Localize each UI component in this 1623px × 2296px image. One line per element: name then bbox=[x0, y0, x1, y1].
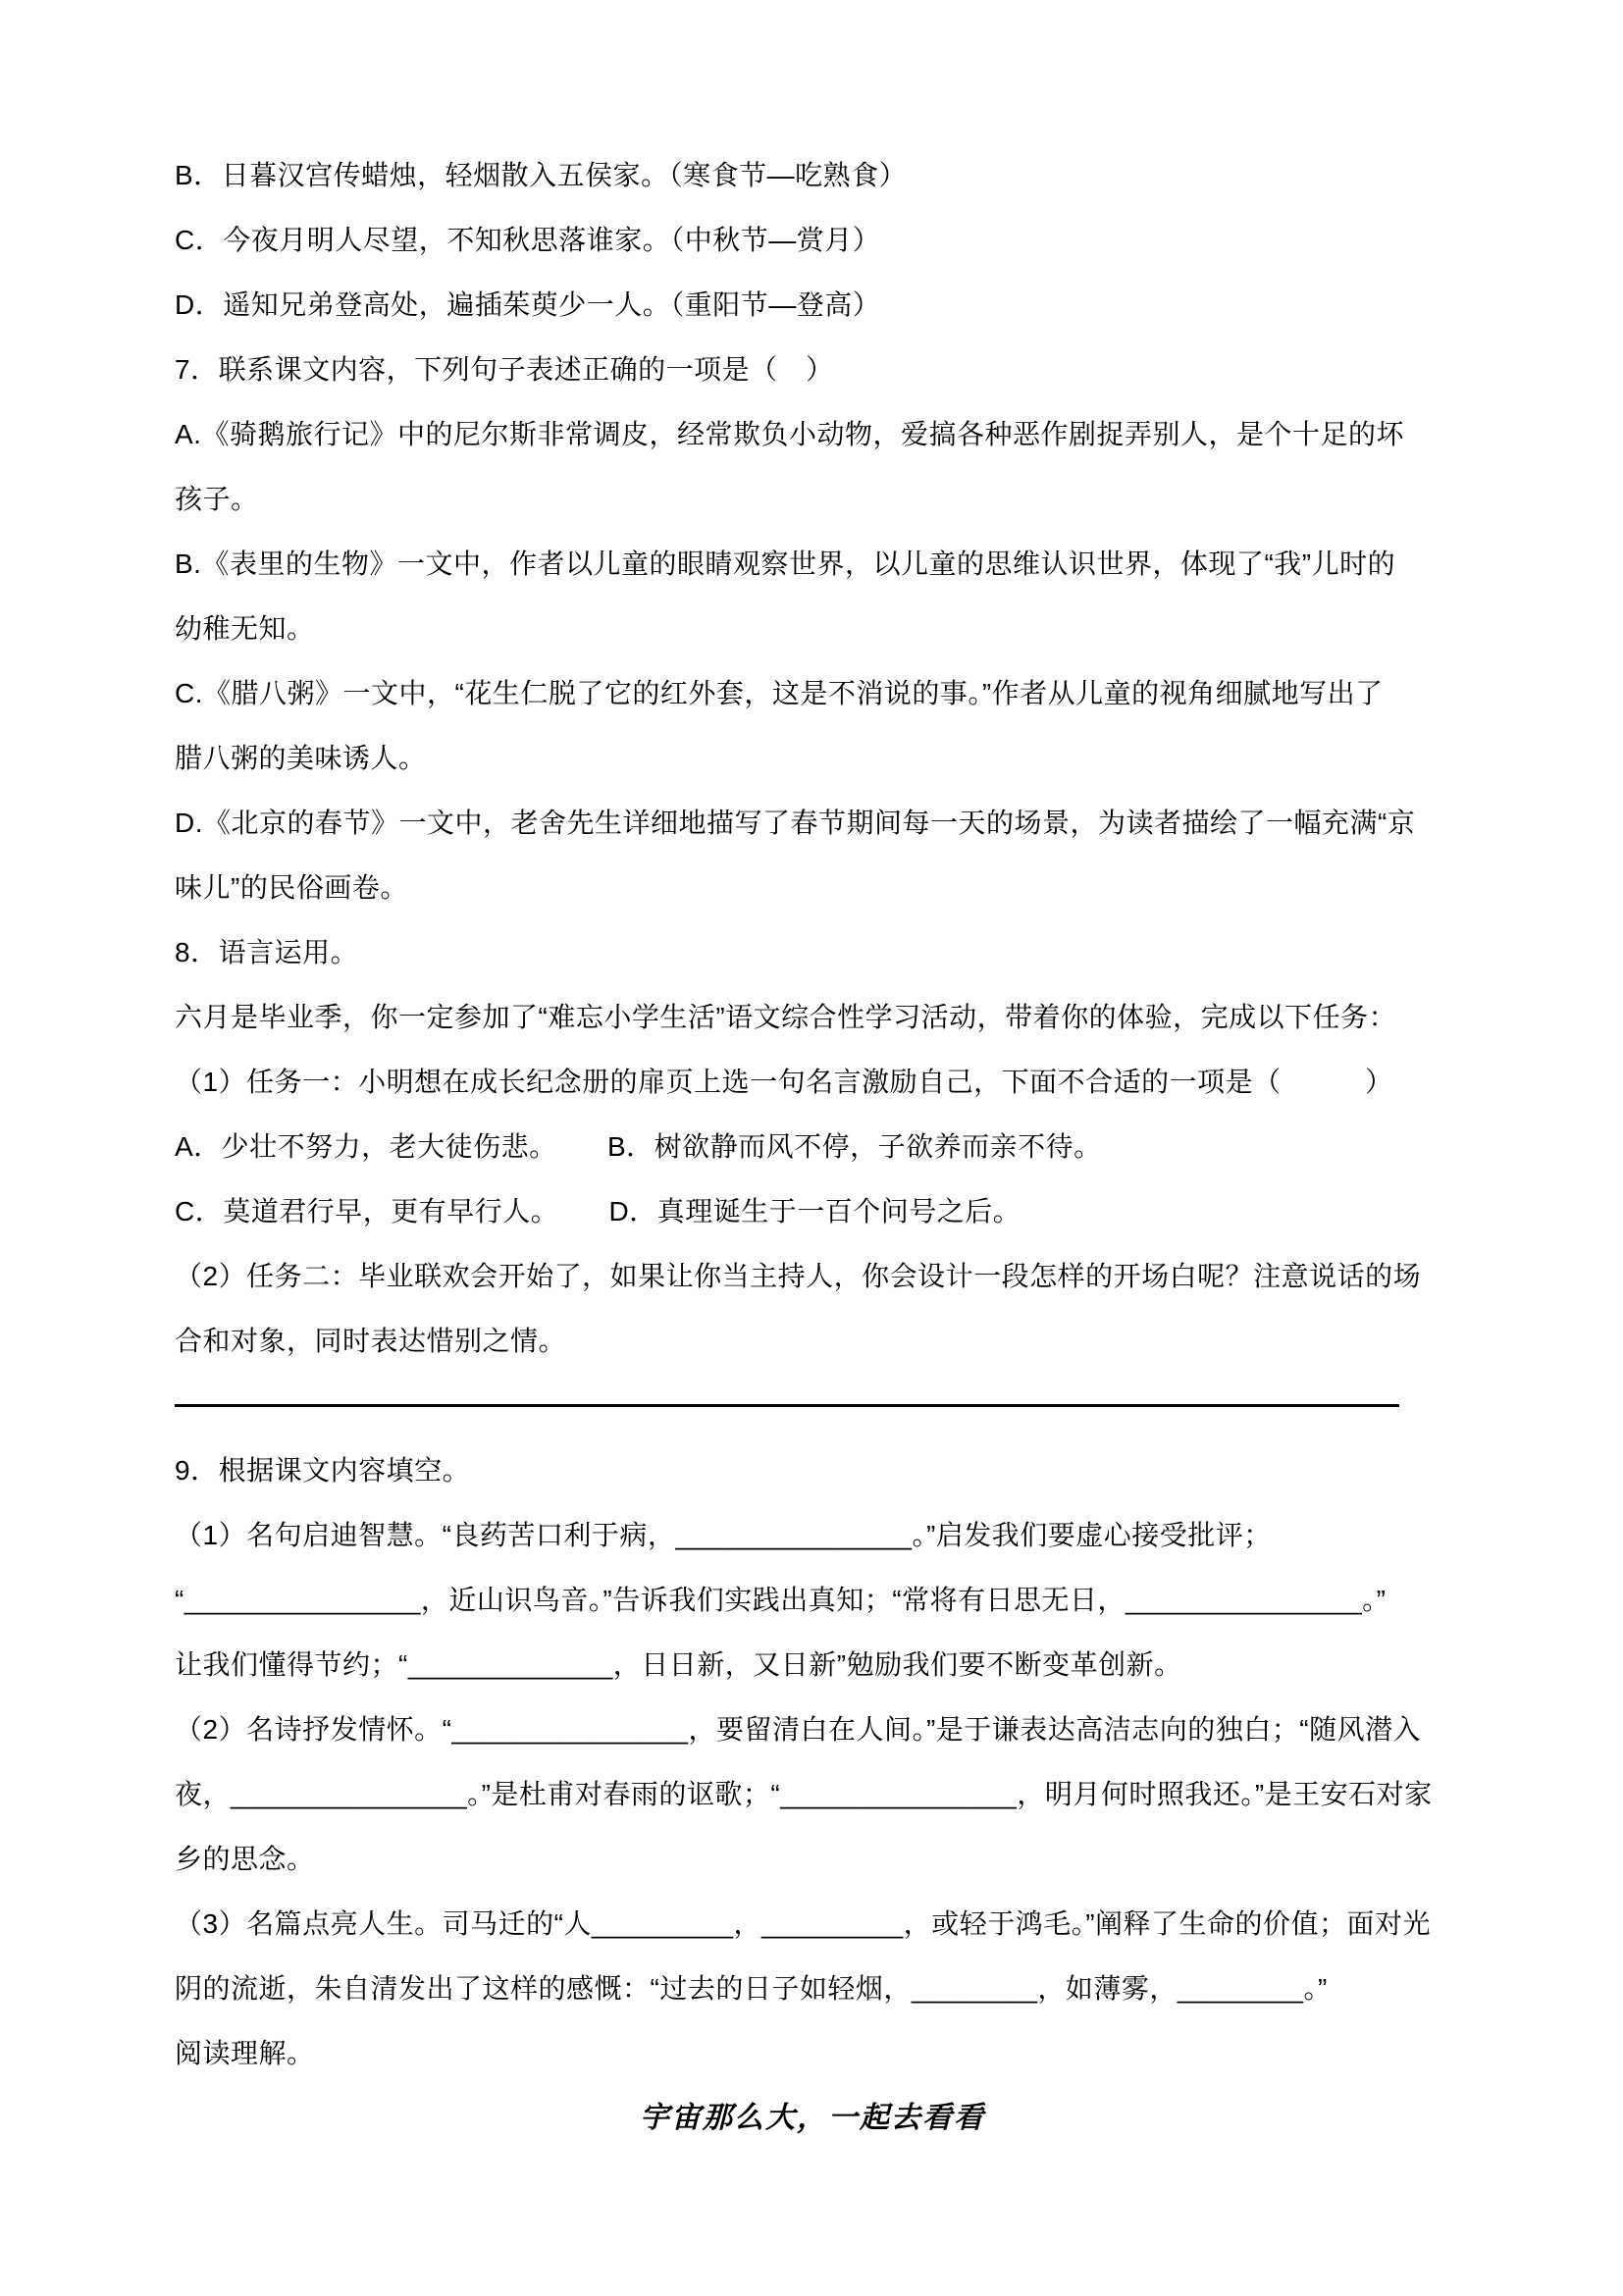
q9-stem: 9．根据课文内容填空。 bbox=[175, 1438, 1450, 1503]
q7-option-d-line1: D.《北京的春节》一文中，老舍先生详细地描写了春节期间每一天的场景，为读者描绘了… bbox=[175, 791, 1450, 856]
q6-option-c: C．今夜月明人尽望，不知秋思落谁家。（中秋节—赏月） bbox=[175, 208, 1450, 273]
q9-fill1-line3: 让我们懂得节约；“_____________，日日新，又日新”勉励我们要不断变革… bbox=[175, 1633, 1450, 1697]
q7-option-c-line2: 腊八粥的美味诱人。 bbox=[175, 726, 1450, 791]
q7-option-c-line1: C.《腊八粥》一文中，“花生仁脱了它的红外套，这是不消说的事。”作者从儿童的视角… bbox=[175, 661, 1450, 726]
q9-fill2-line2: 夜，_______________。”是杜甫对春雨的讴歌；“__________… bbox=[175, 1762, 1450, 1827]
q9-fill1-line1: （1）名句启迪智慧。“良药苦口利于病，_______________。”启发我们… bbox=[175, 1503, 1450, 1568]
q9-fill1-line2: “_______________，近山识鸟音。”告诉我们实践出真知；“常将有日思… bbox=[175, 1568, 1450, 1633]
q7-option-a-line1: A.《骑鹅旅行记》中的尼尔斯非常调皮，经常欺负小动物，爱搞各种恶作剧捉弄别人，是… bbox=[175, 402, 1450, 467]
q6-option-d: D．遥知兄弟登高处，遍插茱萸少一人。（重阳节—登高） bbox=[175, 273, 1450, 338]
exam-page: B．日暮汉宫传蜡烛，轻烟散入五侯家。（寒食节—吃熟食） C．今夜月明人尽望，不知… bbox=[0, 0, 1623, 2296]
q8-intro: 六月是毕业季，你一定参加了“难忘小学生活”语文综合性学习活动，带着你的体验，完成… bbox=[175, 985, 1450, 1050]
q7-option-d-line2: 味儿”的民俗画卷。 bbox=[175, 856, 1450, 920]
q8-task2-line2: 合和对象，同时表达惜别之情。 bbox=[175, 1309, 1450, 1374]
horizontal-rule bbox=[175, 1404, 1399, 1407]
q9-fill2-line3: 乡的思念。 bbox=[175, 1827, 1450, 1892]
q7-option-b-line2: 幼稚无知。 bbox=[175, 597, 1450, 661]
q7-stem: 7．联系课文内容，下列句子表述正确的一项是（ ） bbox=[175, 338, 1450, 402]
page-footer-motto: 宇宙那么大，一起去看看 bbox=[175, 2086, 1450, 2151]
exam-content: B．日暮汉宫传蜡烛，轻烟散入五侯家。（寒食节—吃熟食） C．今夜月明人尽望，不知… bbox=[175, 143, 1450, 2151]
q7-option-a-line2: 孩子。 bbox=[175, 467, 1450, 532]
q8-task2-line1: （2）任务二：毕业联欢会开始了，如果让你当主持人，你会设计一段怎样的开场白呢？注… bbox=[175, 1244, 1450, 1309]
q8-task1: （1）任务一：小明想在成长纪念册的扉页上选一句名言激励自己，下面不合适的一项是（… bbox=[175, 1050, 1450, 1115]
q9-fill2-line1: （2）名诗抒发情怀。“_______________，要留清白在人间。”是于谦表… bbox=[175, 1697, 1450, 1762]
q8-stem: 8．语言运用。 bbox=[175, 920, 1450, 985]
answer-writing-line bbox=[175, 1374, 1450, 1438]
reading-section-heading: 阅读理解。 bbox=[175, 2021, 1450, 2086]
q9-fill3-line2: 阴的流逝，朱自清发出了这样的感慨：“过去的日子如轻烟，________，如薄雾，… bbox=[175, 1957, 1450, 2021]
q6-option-b: B．日暮汉宫传蜡烛，轻烟散入五侯家。（寒食节—吃熟食） bbox=[175, 143, 1450, 208]
q8-task1-options-cd: C．莫道君行早，更有早行人。 D．真理诞生于一百个问号之后。 bbox=[175, 1179, 1450, 1244]
q9-fill3-line1: （3）名篇点亮人生。司马迁的“人_________，_________，或轻于鸿… bbox=[175, 1892, 1450, 1957]
q7-option-b-line1: B.《表里的生物》一文中，作者以儿童的眼睛观察世界，以儿童的思维认识世界，体现了… bbox=[175, 532, 1450, 597]
q8-task1-options-ab: A．少壮不努力，老大徒伤悲。 B．树欲静而风不停，子欲养而亲不待。 bbox=[175, 1115, 1450, 1179]
